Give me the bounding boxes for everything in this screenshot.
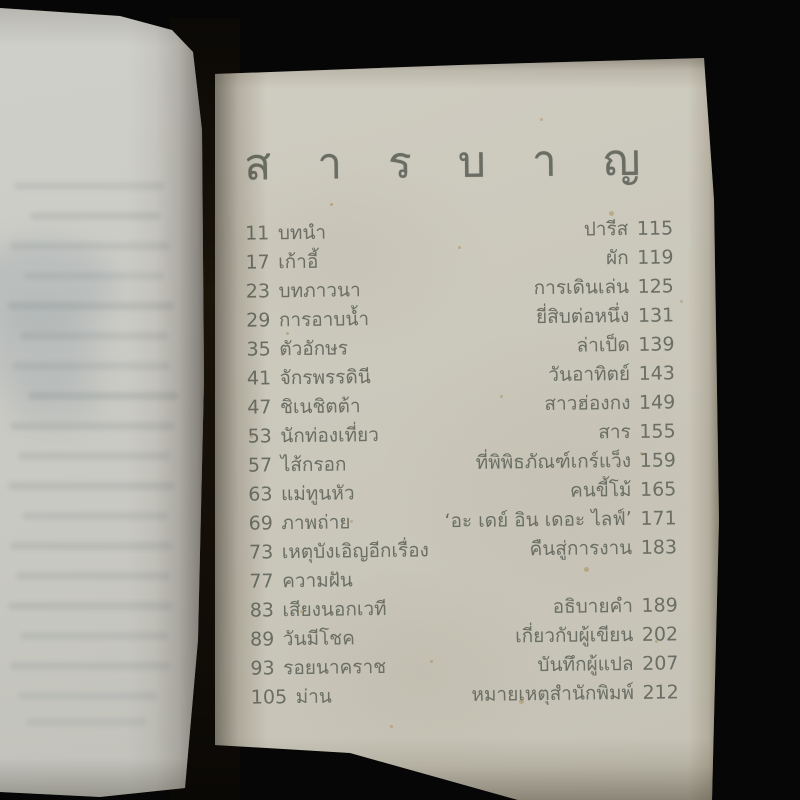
chapter-title: คืนสู่การงาน <box>529 537 632 560</box>
chapter-page-number: 119 <box>637 246 674 268</box>
chapter-entry-right: ‘อะ เดย์ อิน เดอะ ไลฟ์’171 <box>444 504 676 536</box>
chapter-title: บทนำ <box>278 222 327 245</box>
chapter-entry-left: 93รอยนาคราช <box>250 653 386 684</box>
photo-background: ส า ร บ า ญ 11บทนำ ปารีส115 17เก้าอี้ ผั… <box>0 0 800 800</box>
chapter-entry-right: สาวฮ่องกง149 <box>544 388 675 419</box>
chapter-page-number: 207 <box>642 652 679 674</box>
chapter-entry-right: การเดินเล่น125 <box>534 272 674 303</box>
chapter-title: บันทึกผู้แปล <box>537 653 633 676</box>
chapter-title: อธิบายคำ <box>553 595 634 618</box>
chapter-title: คนขี้โม้ <box>570 479 632 502</box>
toc-title-letter: ร <box>388 128 412 198</box>
chapter-page-number: 143 <box>638 362 675 384</box>
chapter-title: แม่ทูนหัว <box>281 482 355 505</box>
chapter-title: วันอาทิตย์ <box>548 363 630 386</box>
chapter-page-number: 115 <box>637 217 674 239</box>
chapter-title: สาร <box>598 421 631 443</box>
chapter-entry-right: วันอาทิตย์143 <box>548 359 675 390</box>
page-top-shading <box>215 55 720 89</box>
toc-row: 105ม่าน หมายเหตุสำนักพิมพ์212 <box>251 678 679 712</box>
chapter-entry-right: คนขี้โม้165 <box>570 475 677 505</box>
chapter-entry-right: เกี่ยวกับผู้เขียน202 <box>515 620 678 651</box>
chapter-title: ม่าน <box>295 686 331 708</box>
paper-speckles <box>0 0 3 3</box>
chapter-title: บทภาวนา <box>278 279 360 302</box>
chapter-title: เสียงนอกเวที <box>282 598 386 621</box>
toc-title: ส า ร บ า ญ <box>244 125 641 200</box>
chapter-entry-right: สาร155 <box>598 417 676 447</box>
page-curl-shading <box>128 0 206 800</box>
chapter-title: เก้าอี้ <box>278 251 318 273</box>
toc-title-letter: า <box>532 126 558 196</box>
chapter-title: หมายเหตุสำนักพิมพ์ <box>471 682 634 706</box>
chapter-page-number: 183 <box>641 536 678 558</box>
chapter-entry-right: บันทึกผู้แปล207 <box>537 649 678 680</box>
chapter-entry-right <box>669 562 678 591</box>
page-bottom-shading <box>215 738 720 800</box>
chapter-entry-right: ผัก119 <box>606 243 674 273</box>
chapter-title: การอาบน้ำ <box>279 308 369 331</box>
chapter-title: เหตุบังเอิญอีกเรื่อง <box>282 539 429 563</box>
chapter-entry-right: หมายเหตุสำนักพิมพ์212 <box>471 678 679 710</box>
chapter-page-number: 202 <box>642 623 679 645</box>
chapter-title: ผัก <box>606 247 629 269</box>
chapter-entry-left: 73เหตุบังเอิญอีกเรื่อง <box>249 536 429 567</box>
chapter-title: ยี่สิบต่อหนึ่ง <box>536 305 630 328</box>
chapter-title: ชิเนชิตต้า <box>280 395 361 418</box>
chapter-page-number: 125 <box>637 275 674 297</box>
chapter-page-number: 189 <box>641 594 678 616</box>
chapter-title: ปารีส <box>584 218 629 241</box>
toc-title-letter: ญ <box>602 125 640 195</box>
chapter-title: รอยนาคราช <box>283 656 386 679</box>
chapter-entry-right: ล่าเป็ด139 <box>576 330 674 360</box>
chapter-title: ล่าเป็ด <box>576 334 629 357</box>
page-right-edge-shading <box>688 55 720 800</box>
chapter-title: การเดินเล่น <box>534 276 630 299</box>
chapter-page-number: 155 <box>639 420 676 442</box>
chapter-entry-left: 53นักท่องเที่ยว <box>247 421 379 452</box>
chapter-page-number: 159 <box>640 449 677 471</box>
chapter-page-number: 131 <box>638 304 675 326</box>
chapter-page-number: 139 <box>638 333 675 355</box>
chapter-title: ตัวอักษร <box>279 337 348 360</box>
chapter-page-number: 212 <box>642 681 679 703</box>
toc-title-letter: บ <box>457 127 486 197</box>
toc-rows: 11บทนำ ปารีส115 17เก้าอี้ ผัก119 23บทภาว… <box>245 214 679 712</box>
chapter-entry-right: อธิบายคำ189 <box>552 591 677 622</box>
chapter-entry-right: ปารีส115 <box>584 214 674 244</box>
chapter-title: ‘อะ เดย์ อิน เดอะ ไลฟ์’ <box>444 508 632 532</box>
chapter-title: เกี่ยวกับผู้เขียน <box>515 624 633 647</box>
chapter-title: นักท่องเที่ยว <box>280 424 379 447</box>
chapter-title: วันมีโชค <box>283 627 355 650</box>
toc-title-letter: า <box>317 128 343 198</box>
toc-content: ส า ร บ า ญ 11บทนำ ปารีส115 17เก้าอี้ ผั… <box>215 52 729 800</box>
chapter-entry-right: ที่พิพิธภัณฑ์เกร์แว็ง159 <box>475 446 676 477</box>
chapter-entry-right: คืนสู่การงาน183 <box>529 533 677 564</box>
chapter-entry-right: ยี่สิบต่อหนึ่ง131 <box>536 301 675 332</box>
chapter-title: ที่พิพิธภัณฑ์เกร์แว็ง <box>476 450 632 474</box>
chapter-title: ไส้กรอก <box>281 453 347 476</box>
chapter-page-number: 165 <box>640 478 677 500</box>
chapter-title: ภาพถ่าย <box>281 511 350 534</box>
chapter-title: สาวฮ่องกง <box>544 392 630 415</box>
chapter-page-number: 171 <box>640 507 677 529</box>
gutter-shadow <box>215 55 267 800</box>
chapter-page-number: 149 <box>639 391 676 413</box>
chapter-title: ความฝัน <box>282 569 353 592</box>
chapter-entry-left: 83เสียงนอกเวที <box>250 595 387 626</box>
chapter-title: จักรพรรดินี <box>280 366 371 389</box>
